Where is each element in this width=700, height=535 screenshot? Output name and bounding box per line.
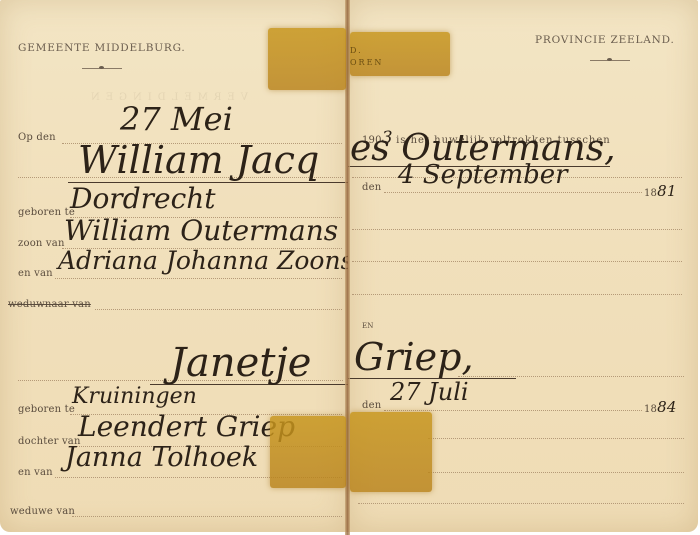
bride-birth-date: 27 Juli xyxy=(390,378,469,406)
bride-birthplace: Kruiningen xyxy=(72,384,197,409)
marriage-booklet: GEMEENTE MIDDELBURG. VERMELDINGEN Op den… xyxy=(0,0,700,535)
province-header: PROVINCIE ZEELAND. xyxy=(535,34,675,46)
ruling-line xyxy=(55,278,342,279)
ruling-line xyxy=(352,229,682,230)
groom-mother: Adriana Johanna Zoons xyxy=(58,246,348,275)
ruling-line xyxy=(384,192,642,193)
bride-born-label: geboren te xyxy=(18,404,75,415)
groom-father: William Outermans xyxy=(64,214,338,247)
bride-surname: Griep, xyxy=(354,335,474,379)
adhesive-tape-top-right: D. OREN xyxy=(350,32,450,76)
groom-birth-date-label: den xyxy=(362,182,381,193)
birth-year-digits: 84 xyxy=(657,398,677,416)
adhesive-tape-bottom-left xyxy=(270,416,346,488)
groom-birth-date: 4 September xyxy=(398,160,568,190)
birth-year-prefix: 18 xyxy=(644,188,657,199)
ruling-line xyxy=(95,309,342,310)
groom-birthplace: Dordrecht xyxy=(70,182,216,215)
adhesive-tape-top-left xyxy=(268,28,346,90)
groom-name-left: William Jacq xyxy=(78,138,319,182)
conjunction-en: EN xyxy=(362,322,374,330)
ruling-line xyxy=(352,294,682,295)
birth-year-prefix: 18 xyxy=(644,404,657,415)
header-ornament xyxy=(590,60,630,61)
ruling-line xyxy=(352,261,682,262)
bride-birth-date-label: den xyxy=(362,400,381,411)
groom-and-of-label: en van xyxy=(18,268,53,279)
ruling-line xyxy=(358,503,684,504)
birth-year-digits: 81 xyxy=(657,182,677,200)
ruling-line xyxy=(458,376,684,377)
bride-mother: Janna Tolhoek xyxy=(65,442,258,473)
header-ornament xyxy=(82,68,122,69)
adhesive-tape-bottom-right xyxy=(350,412,432,492)
ruling-line xyxy=(428,438,684,439)
marriage-date-label: Op den xyxy=(18,132,56,143)
ruling-line xyxy=(384,410,642,411)
bride-first-name: Janetje xyxy=(170,340,311,386)
municipality-header: GEMEENTE MIDDELBURG. xyxy=(18,42,186,54)
bride-widow-label: weduwe van xyxy=(10,506,75,517)
bride-father: Leendert Griep xyxy=(78,410,295,443)
marriage-day-month: 27 Mei xyxy=(120,100,233,138)
bride-birth-year: 1884 xyxy=(644,398,677,416)
tape-text-line-2: OREN xyxy=(350,58,383,67)
ruling-line xyxy=(428,472,684,473)
groom-widower-label: weduwnaar van xyxy=(8,299,91,310)
groom-birth-year: 1881 xyxy=(644,182,677,200)
tape-text-line-1: D. xyxy=(350,46,363,55)
bride-and-of-label: en van xyxy=(18,467,53,478)
ruling-line xyxy=(72,516,342,517)
